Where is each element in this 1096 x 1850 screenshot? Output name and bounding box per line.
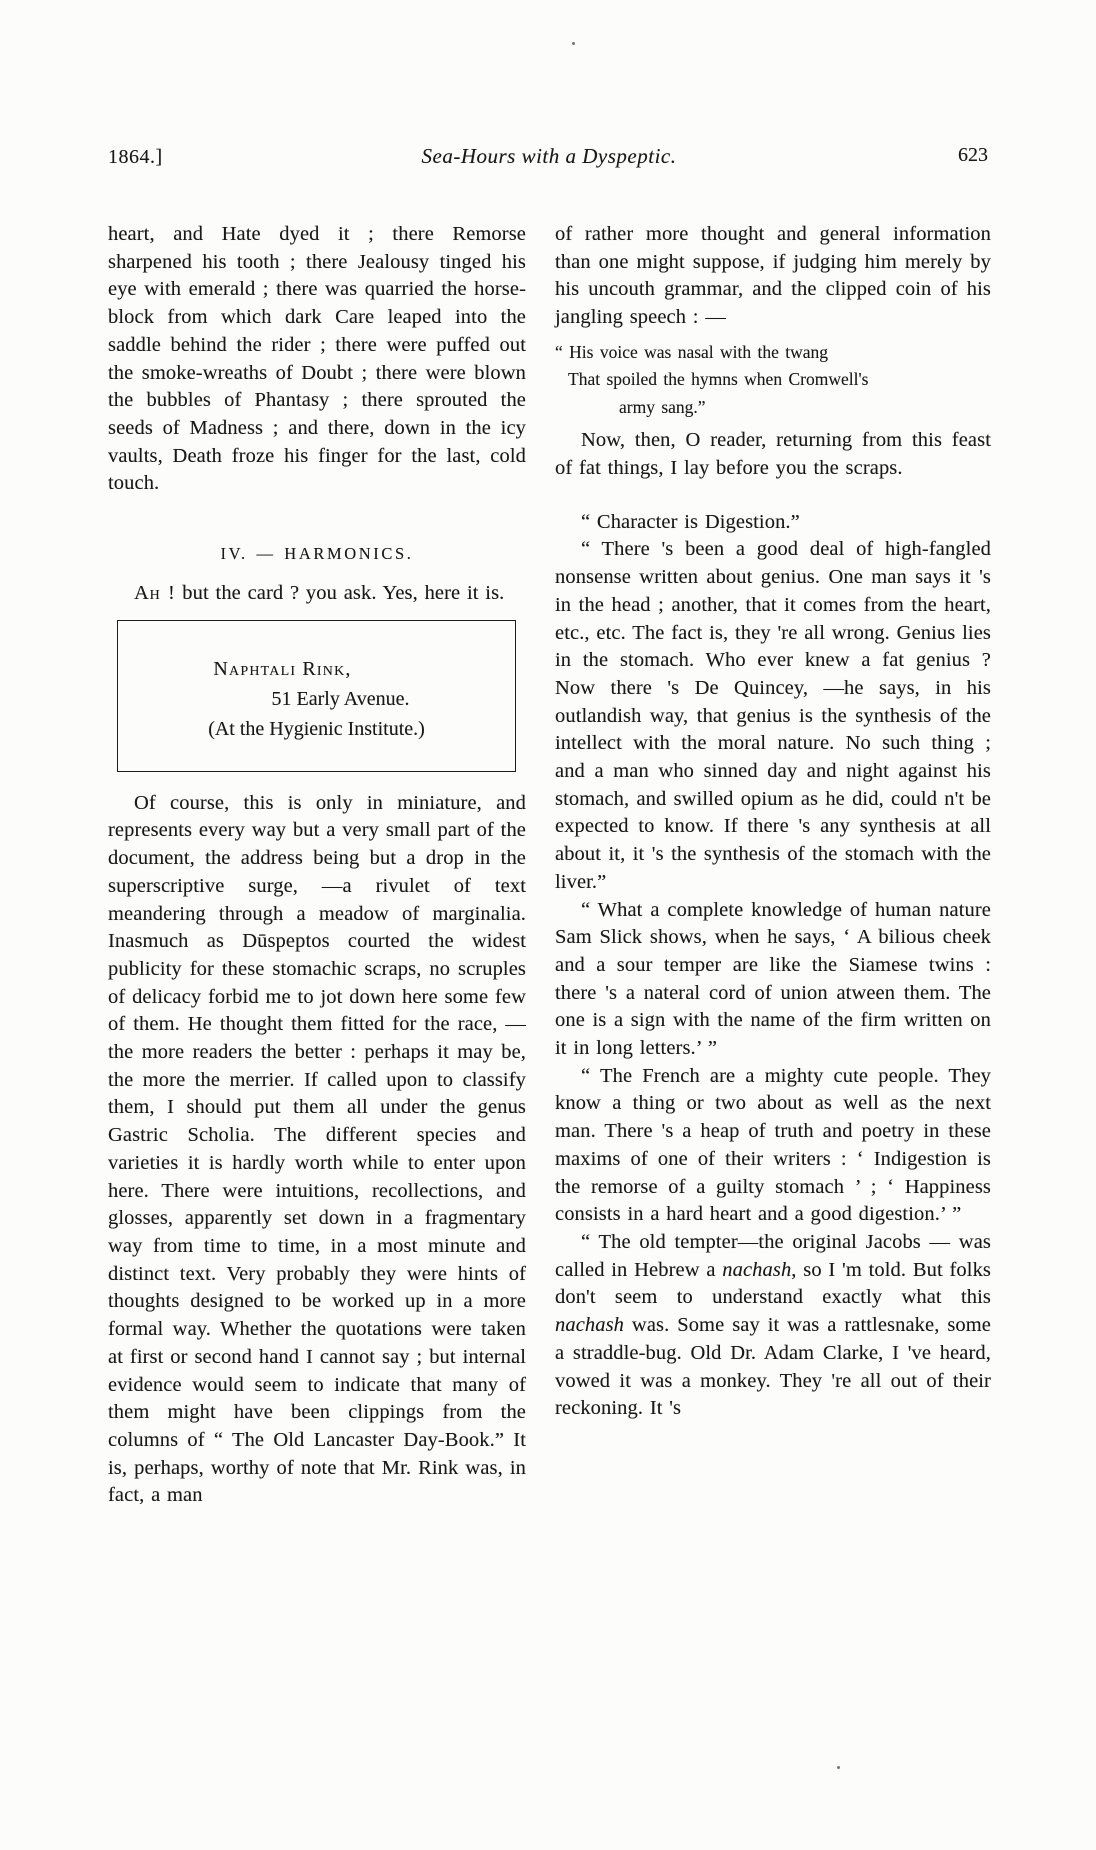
scan-speck: [572, 42, 575, 45]
text-columns: heart, and Hate dyed it ; there Remorse …: [108, 221, 991, 1510]
paragraph: “ Character is Digestion.”: [555, 509, 991, 537]
verse-line: “ His voice was nasal with the twang: [555, 339, 991, 367]
paragraph-continuation: heart, and Hate dyed it ; there Remorse …: [108, 221, 526, 498]
scan-speck: [837, 1766, 840, 1769]
verse-line: army sang.”: [555, 394, 991, 422]
left-column: heart, and Hate dyed it ; there Remorse …: [108, 221, 526, 1510]
running-title: Sea-Hours with a Dyspeptic.: [108, 144, 990, 169]
italic-term: nachash: [555, 1314, 624, 1336]
page-header: 1864.] Sea-Hours with a Dyspeptic. 623: [108, 144, 990, 174]
verse-quote: “ His voice was nasal with the twang Tha…: [555, 339, 991, 422]
paragraph-continuation: of rather more thought and general infor…: [555, 221, 991, 332]
paragraph: Now, then, O reader, returning from this…: [555, 427, 991, 482]
paragraph: Ah ! but the card ? you ask. Yes, here i…: [108, 580, 526, 608]
paragraph: “ What a complete knowledge of human nat…: [555, 897, 991, 1063]
page-number: 623: [958, 144, 988, 167]
book-page: 1864.] Sea-Hours with a Dyspeptic. 623 h…: [0, 0, 1096, 1850]
italic-term: nachash: [722, 1259, 791, 1281]
section-heading: IV. — HARMONICS.: [108, 544, 526, 564]
paragraph: “ The old tempter—the original Jacobs — …: [555, 1229, 991, 1423]
card-note: (At the Hygienic Institute.): [118, 714, 515, 744]
right-column: of rather more thought and general infor…: [555, 221, 991, 1423]
card-name: Naphtali Rink,: [84, 654, 481, 684]
paragraph: “ The French are a mighty cute people. T…: [555, 1063, 991, 1229]
verse-line: That spoiled the hymns when Cromwell's: [555, 366, 991, 394]
paragraph-lead: Ah !: [134, 582, 176, 604]
paragraph-text: but the card ? you ask. Yes, here it is.: [176, 582, 505, 604]
card-address: 51 Early Avenue.: [142, 684, 539, 714]
paragraph: Of course, this is only in miniature, an…: [108, 790, 526, 1510]
business-card: Naphtali Rink, 51 Early Avenue. (At the …: [117, 620, 516, 772]
paragraph: “ There 's been a good deal of high-fang…: [555, 536, 991, 896]
